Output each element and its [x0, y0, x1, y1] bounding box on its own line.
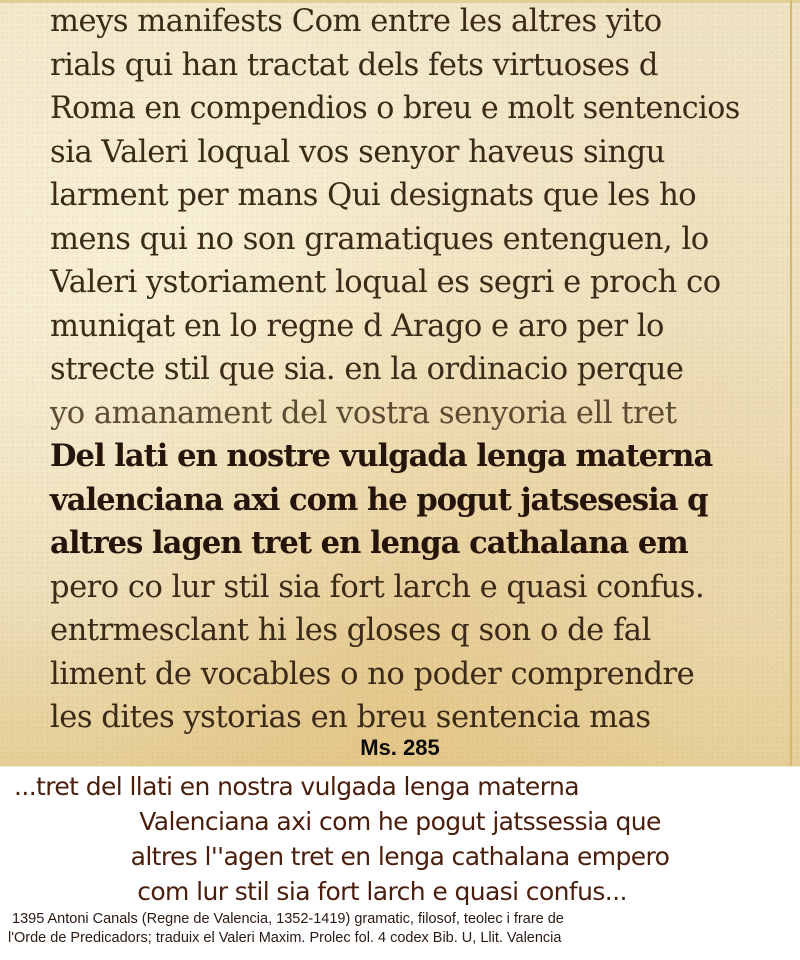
manuscript-label: Ms. 285 [0, 731, 800, 765]
quote-line: com lur stil sia fort larch e quasi conf… [0, 874, 782, 909]
caption-panel: ...tret del llati en nostra vulgada leng… [0, 766, 800, 960]
quote-line: ...tret del llati en nostra vulgada leng… [14, 769, 800, 804]
right-margin-rule [790, 0, 792, 766]
manuscript-line: Roma en compendios o breu e molt sentenc… [50, 87, 729, 131]
manuscript-line-highlighted: Del lati en nostre vulgada lenga materna [50, 435, 740, 479]
manuscript-line: muniqat en lo regne d Arago e aro per lo [50, 305, 740, 349]
manuscript-line: yo amanament del vostra senyoria ell tre… [50, 392, 740, 436]
quote-line: altres l''agen tret en lenga cathalana e… [0, 839, 800, 874]
manuscript-line: pero co lur stil sia fort larch e quasi … [50, 566, 740, 610]
manuscript-line: liment de vocables o no poder comprendre [50, 653, 740, 697]
manuscript-line: meys manifests Com entre les altres yito [50, 0, 740, 44]
manuscript-line: entrmesclant hi les gloses q son o de fa… [50, 609, 740, 653]
manuscript-line-highlighted: valenciana axi com he pogut jatsesesia q [50, 479, 740, 523]
quote-line: Valenciana axi com he pogut jatssessia q… [0, 804, 800, 839]
manuscript-line: larment per mans Qui designats que les h… [50, 174, 740, 218]
manuscript-line: sia Valeri loqual vos senyor haveus sing… [50, 131, 740, 175]
manuscript-line: mens qui no son gramatiques entenguen, l… [50, 218, 740, 262]
manuscript-line: strecte stil que sia. en la ordinacio pe… [50, 348, 740, 392]
attribution-line: 1395 Antoni Canals (Regne de Valencia, 1… [12, 910, 564, 929]
manuscript-line: Valeri ystoriament loqual es segri e pro… [50, 261, 740, 305]
manuscript-line: rials qui han tractat dels fets virtuose… [50, 44, 740, 88]
manuscript-image: meys manifests Com entre les altres yito… [0, 0, 800, 766]
manuscript-text-block: meys manifests Com entre les altres yito… [50, 0, 750, 740]
attribution-line: l'Orde de Predicadors; traduix el Valeri… [8, 929, 561, 948]
manuscript-line-highlighted: altres lagen tret en lenga cathalana em [50, 522, 740, 566]
